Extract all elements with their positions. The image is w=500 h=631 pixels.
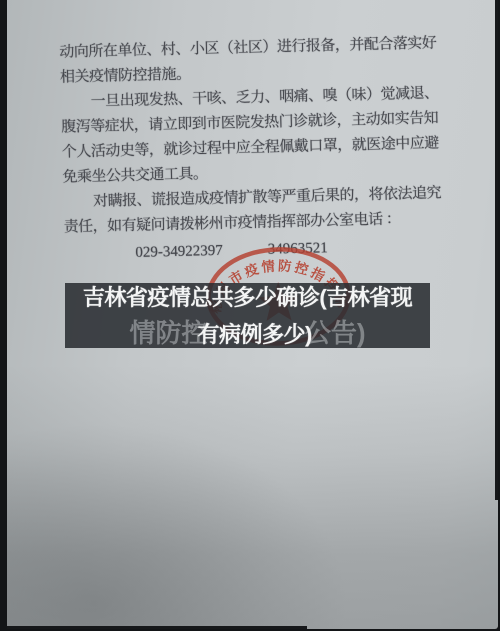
caption-watermark-left: 情防控 [129, 313, 207, 350]
headline-overlay-banner: 吉林省疫情总共多少确诊(吉林省现 情防控 有病例多少) 公告) [65, 283, 430, 348]
headline-line-1: 吉林省疫情总共多少确诊(吉林省现 [83, 281, 412, 312]
headline-line-2: 有病例多少) [198, 318, 312, 349]
document-text-block: 动向所在单位、村、小区（社区）进行报备，并配合落实好 相关疫情防控措施。 一旦出… [59, 31, 451, 440]
caption-watermark-right: 公告) [305, 313, 366, 350]
headline-line-2-row: 情防控 有病例多少) 公告) [129, 313, 365, 350]
photo-edge-bottom [7, 626, 307, 629]
photo-edge-right [495, 0, 498, 500]
